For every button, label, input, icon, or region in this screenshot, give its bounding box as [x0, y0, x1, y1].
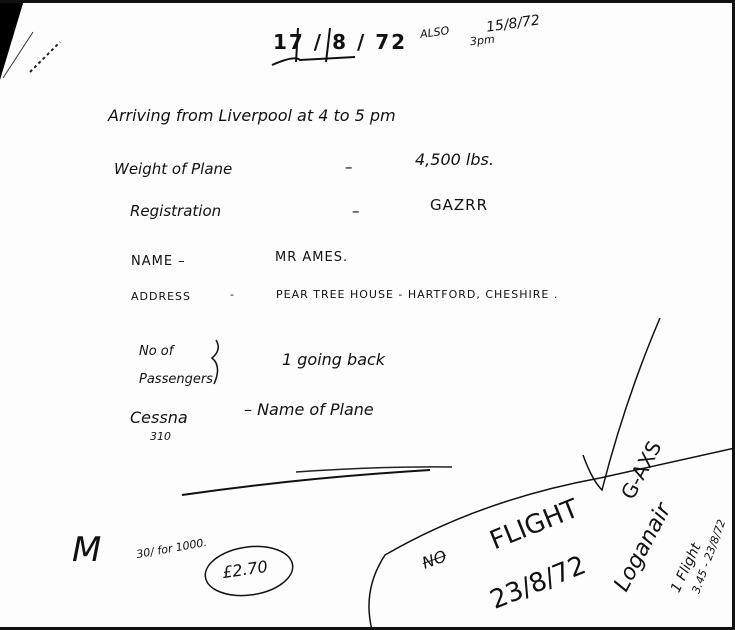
address-value: PEAR TREE HOUSE - HARTFORD, CHESHIRE . [276, 288, 558, 301]
divider-line-1 [182, 470, 430, 495]
registration-value: GAZRR [430, 196, 488, 214]
date-underline [272, 57, 355, 65]
corner-dash-mark [30, 42, 60, 72]
passengers-value: 1 going back [282, 350, 385, 369]
arriving-line: Arriving from Liverpool at 4 to 5 pm [108, 106, 396, 125]
stamp-arc [369, 448, 735, 630]
plane-name: Cessna [130, 408, 188, 427]
address-label: ADDRESS [131, 290, 191, 303]
registration-dash: – [352, 202, 360, 220]
address-dash: - [230, 288, 235, 301]
weight-value: 4,500 lbs. [415, 150, 494, 169]
also-time: 3pm [469, 33, 495, 49]
passengers-label-line1: No of [139, 344, 173, 359]
plane-name-label: – Name of Plane [244, 400, 374, 419]
passengers-label-line2: Passengers [139, 372, 213, 387]
initials-signature: M [72, 530, 101, 570]
weight-label: Weight of Plane [114, 160, 232, 178]
name-label: NAME – [131, 254, 186, 269]
corner-fold-line [3, 32, 33, 78]
pen-strokes [0, 0, 735, 630]
registration-label: Registration [130, 202, 221, 220]
document-date: 17 / 8 / 72 [273, 30, 407, 54]
weight-dash: – [345, 158, 353, 176]
plane-model: 310 [150, 430, 171, 443]
name-value: MR AMES. [275, 250, 348, 265]
